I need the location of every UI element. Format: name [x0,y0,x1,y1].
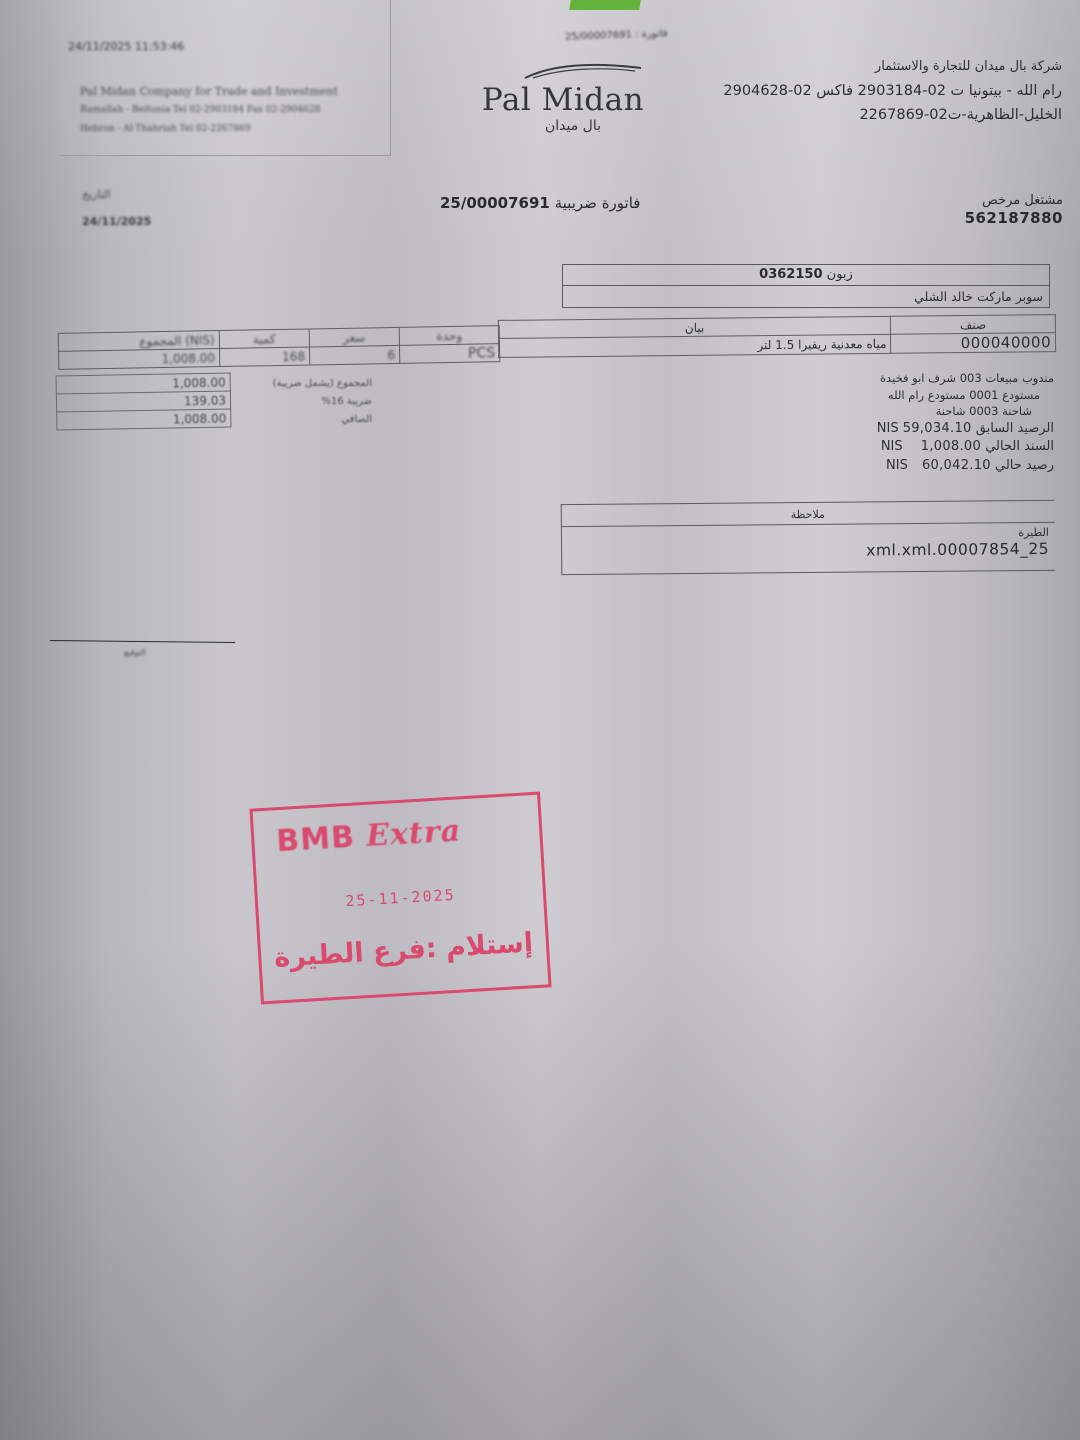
stamp-brand-name: Extra [365,813,462,854]
net-total-label: الصافي [232,411,372,429]
logo-text-ar: بال ميدان [493,118,653,134]
invoice-title: فاتورة ضريبية 25/00007691 [440,194,640,212]
print-timestamp: 24/11/2025 11:53:46 [68,40,184,53]
customer-code: 0362150 [759,267,822,282]
notes-header: ملاحظة [561,506,1055,523]
date-label: التاريخ [82,188,111,201]
warehouse-label: مستودع [1002,388,1040,402]
invoice-date: 24/11/2025 [82,215,151,228]
invoice-title-label: فاتورة ضريبية [555,194,641,212]
net-total-value: 1,008.00 [57,409,231,430]
company-header-ar: شركة بال ميدان للتجارة والاستثمار رام ال… [682,55,1062,127]
subtotal-label: المجموع (يشمل ضريبة) [232,375,372,393]
balance-label: رصيد حالي [995,458,1054,473]
stamp-brand: BMB Extra [275,813,462,859]
balance-amount: 1,008.00 [907,439,981,454]
licensed-dealer-label: مشتغل مرخص [982,193,1063,208]
logo-swoosh-icon [523,62,643,80]
balance-label: السند الحالي [985,439,1054,454]
stamp-brand-prefix: BMB [275,820,356,860]
header-quantity: كمية [219,329,309,349]
warehouse-value: 0001 مستودع رام الله [888,388,999,402]
balance-row-current: رصيد حالي NIS 60,042.10 [804,457,1054,476]
company-address-ar-2: الخليل-الظاهرية-ت02-2267869 [682,103,1062,127]
item-description: مياه معدنية ريفيرا 1.5 لتر [499,334,892,357]
items-table-right: بيان صنف مياه معدنية ريفيرا 1.5 لتر 0000… [498,314,1056,358]
tax-label: ضريبة 16% [232,393,372,411]
paper-shadow [0,940,1080,1440]
notes-line-1: الطيرة [1018,526,1049,539]
item-quantity: 168 [219,347,309,367]
balance-currency: NIS [886,458,918,473]
warehouse-row: مستودع 0001 مستودع رام الله [804,387,1054,404]
company-address-en-1: Ramallah - Beitunia Tel 02-2903184 Fax 0… [80,101,338,120]
truck-value: 0003 شاحنة [936,404,999,418]
customer-box: 0362150 زبون سوبر ماركت خالد الشلي [562,264,1050,308]
balance-amount: 59,034.10 [903,421,972,436]
item-code: 000040000 [891,333,1056,354]
balance-row-current-voucher: السند الحالي NIS 1,008.00 [804,438,1054,457]
header-unit: وحدة [399,326,499,346]
top-invoice-reference: 25/00007691 : فاتورة [565,28,668,43]
company-name-en: Pal Midan Company for Trade and Investme… [80,82,338,101]
item-price: 6 [309,345,399,365]
received-stamp: BMB Extra 25-11-2025 إستلام :فرع الطيرة [249,792,551,1005]
invoice-number: 25/00007691 [440,194,550,212]
stamp-date: 25-11-2025 [258,881,544,916]
balance-row-previous: الرصيد السابق NIS 59,034.10 [804,420,1054,439]
totals-table: 1,008.00 139.03 1,008.00 [56,372,232,430]
truck-row: شاحنة 0003 شاحنة [804,403,1054,420]
stamp-received-branch: إستلام :فرع الطيرة [268,927,538,974]
notes-box: ملاحظة الطيرة xml.xml.00007854_25 [561,500,1056,574]
logo-text-en: Pal Midan [463,82,663,118]
company-header-en: Pal Midan Company for Trade and Investme… [80,82,338,139]
truck-label: شاحنة [1002,404,1032,418]
sales-rep-value: 003 شرف ابو فخيدة [880,371,982,385]
sales-rep-row: مندوب مبيعات 003 شرف ابو فخيدة [804,370,1054,387]
green-object-edge [569,0,641,10]
items-table-left: المجموع (NIS) كمية سعر وحدة 1,008.00 168… [58,325,501,370]
balances: الرصيد السابق NIS 59,034.10 السند الحالي… [804,420,1054,476]
signature-line [50,640,235,643]
customer-label: زبون [827,267,853,282]
notes-line-2: xml.xml.00007854_25 [866,540,1049,560]
company-address-ar-1: رام الله - بيتونيا ت 02-2903184 فاكس 02-… [682,79,1062,103]
totals-labels: المجموع (يشمل ضريبة) ضريبة 16% الصافي [232,375,372,429]
balance-label: الرصيد السابق [976,421,1054,436]
header-price: سعر [309,327,399,347]
sales-rep-label: مندوب مبيعات [985,371,1054,385]
balance-amount: 60,042.10 [922,458,991,473]
header-item-code: صنف [891,315,1056,335]
customer-name: سوبر ماركت خالد الشلي [563,286,1049,307]
licensed-dealer-number: 562187880 [965,209,1063,227]
item-unit: PCS [399,344,499,364]
invoice-meta: مندوب مبيعات 003 شرف ابو فخيدة مستودع 00… [804,370,1054,475]
company-address-en-2: Hebron - Al-Thahriah Tel 02-2267869 [80,120,338,139]
balance-currency: NIS [877,421,899,436]
signature-label: التوقيع [124,648,146,657]
customer-code-row: 0362150 زبون [563,265,1049,286]
company-logo: Pal Midan بال ميدان [463,62,663,152]
company-name-ar: شركة بال ميدان للتجارة والاستثمار [682,55,1062,79]
item-total: 1,008.00 [59,349,220,370]
balance-currency: NIS [881,439,903,454]
